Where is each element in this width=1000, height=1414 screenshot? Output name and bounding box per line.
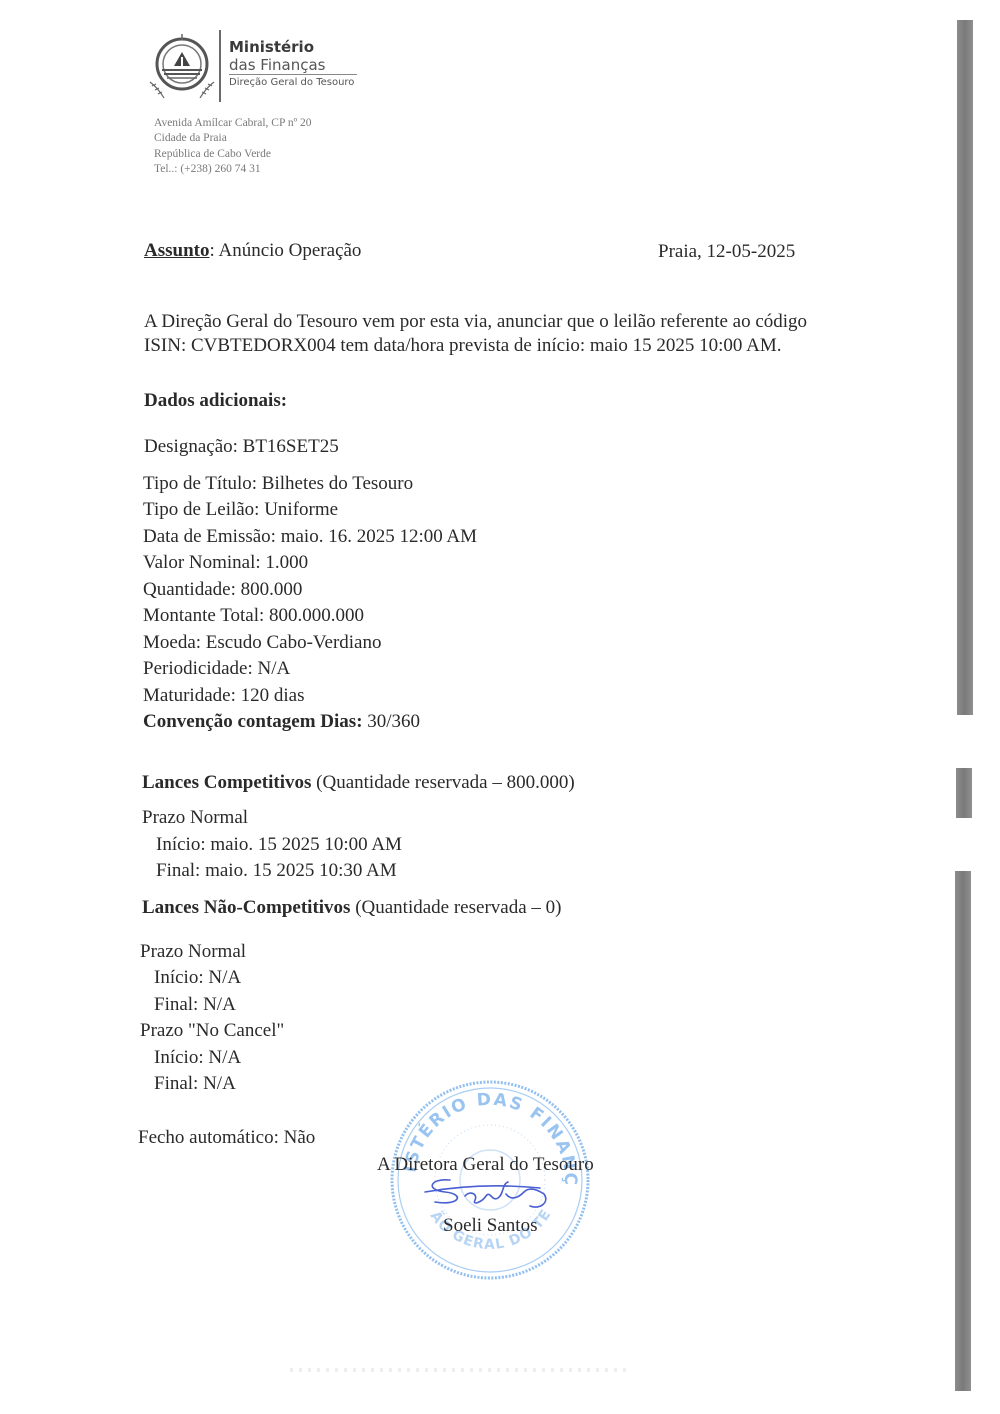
auto-close: Fecho automático: Não	[138, 1128, 315, 1147]
handwritten-signature	[420, 1172, 555, 1214]
scan-edge-strip	[957, 20, 973, 715]
address-line: Cidade da Praia	[154, 132, 227, 144]
competitive-title: Lances Competitivos	[142, 772, 311, 793]
non-competitive-reserved: (Quantidade reservada – 0)	[350, 897, 561, 918]
field-row: Maturidade: 120 dias	[143, 686, 304, 705]
field-row: Montante Total: 800.000.000	[143, 606, 364, 625]
scan-edge-strip	[956, 768, 972, 818]
additional-heading: Dados adicionais:	[144, 391, 287, 410]
signatory-name: Soeli Santos	[443, 1216, 537, 1235]
field-row: Valor Nominal: 1.000	[143, 553, 308, 572]
competitive-heading: Lances Competitivos (Quantidade reservad…	[142, 773, 575, 792]
scan-footer-noise	[290, 1368, 630, 1372]
ministry-name-line1: Ministério	[229, 38, 314, 56]
field-row: Periodicidade: N/A	[143, 659, 290, 678]
competitive-period: Prazo Normal	[142, 808, 248, 827]
subject-line: Assunto: Anúncio Operação	[144, 241, 361, 260]
non-competitive-normal-end: Final: N/A	[154, 995, 236, 1014]
cabo-verde-coat-of-arms-icon	[142, 30, 222, 104]
place-date: Praia, 12-05-2025	[658, 242, 795, 261]
non-competitive-heading: Lances Não-Competitivos (Quantidade rese…	[142, 898, 561, 917]
non-competitive-normal-period: Prazo Normal	[140, 942, 246, 961]
designation: Designação: BT16SET25	[144, 437, 339, 456]
non-competitive-nocancel-period: Prazo "No Cancel"	[140, 1021, 284, 1040]
day-count-convention: Convenção contagem Dias: 30/360	[143, 712, 420, 731]
competitive-end: Final: maio. 15 2025 10:30 AM	[156, 861, 397, 880]
subject-value: Anúncio Operação	[215, 240, 362, 261]
intro-line-1: A Direção Geral do Tesouro vem por esta …	[144, 312, 807, 331]
field-row: Tipo de Leilão: Uniforme	[143, 500, 338, 519]
department-name: Direção Geral do Tesouro	[229, 77, 354, 88]
competitive-reserved: (Quantidade reservada – 800.000)	[311, 772, 574, 793]
non-competitive-title: Lances Não-Competitivos	[142, 897, 350, 918]
field-row: Data de Emissão: maio. 16. 2025 12:00 AM	[143, 527, 477, 546]
field-row: Moeda: Escudo Cabo-Verdiano	[143, 633, 382, 652]
field-row: Tipo de Título: Bilhetes do Tesouro	[143, 474, 413, 493]
intro-line-2: ISIN: CVBTEDORX004 tem data/hora previst…	[144, 336, 781, 355]
address-line: Avenida Amílcar Cabral, CP nº 20	[154, 117, 312, 129]
address-line: República de Cabo Verde	[154, 148, 271, 160]
scan-edge-strip	[955, 871, 971, 1391]
field-row: Quantidade: 800.000	[143, 580, 302, 599]
convention-value: 30/360	[363, 711, 421, 732]
letterhead-divider	[219, 30, 221, 102]
non-competitive-nocancel-start: Início: N/A	[154, 1048, 241, 1067]
non-competitive-nocancel-end: Final: N/A	[154, 1074, 236, 1093]
competitive-start: Início: maio. 15 2025 10:00 AM	[156, 835, 402, 854]
address-line: Tel..: (+238) 260 74 31	[154, 163, 261, 175]
non-competitive-normal-start: Início: N/A	[154, 968, 241, 987]
subject-label: Assunto	[144, 240, 209, 261]
ministry-name-line2: das Finanças	[229, 56, 325, 74]
convention-label: Convenção contagem Dias:	[143, 711, 363, 732]
letterhead-underline	[229, 74, 357, 75]
